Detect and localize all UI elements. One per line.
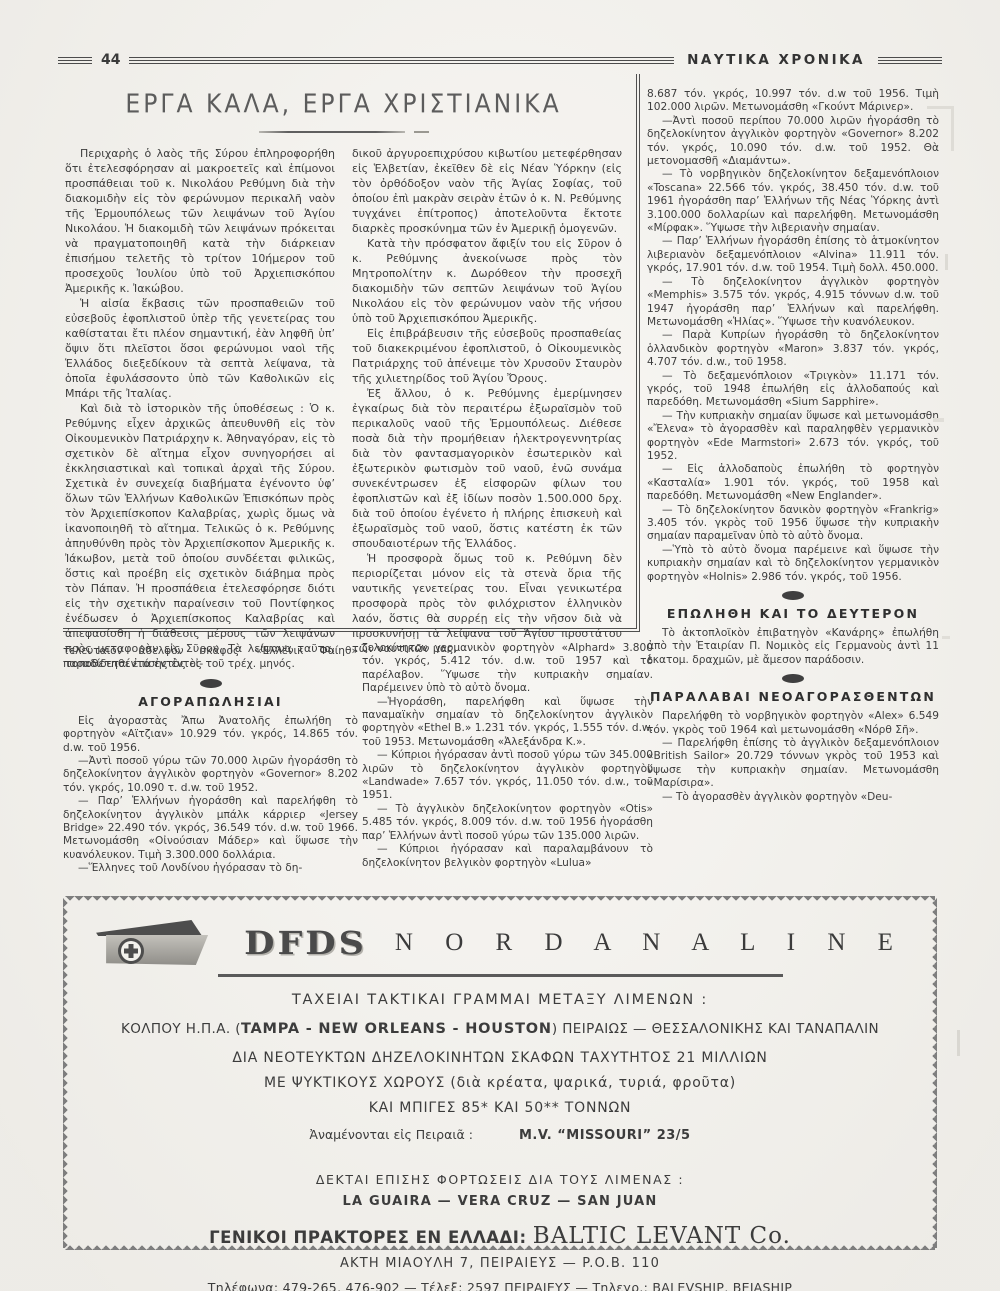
paragraph: — Κύπριοι ἠγόρασαν καὶ παραλαμβάνουν τὸ … (362, 843, 653, 870)
paragraph: Τὸ ἀκτοπλοϊκὸν ἐπιβατηγὸν «Κανάρης» ἐπωλ… (647, 627, 939, 667)
article-title: ΕΡΓΑ ΚΑΛΑ, ΕΡΓΑ ΧΡΙΣΤΙΑΝΙΚΑ (65, 89, 622, 119)
paragraph: Ἡ αἰσία ἔκβασις τῶν προσπαθειῶν τοῦ εὐσε… (65, 296, 335, 401)
masthead-rule-left (58, 57, 92, 64)
section-heading: ΕΠΩΛΗΘΗ ΚΑΙ ΤΟ ΔΕΥΤΕΡΟΝ (647, 606, 939, 621)
masthead-rule-right (878, 57, 942, 64)
ad-logo-rule (218, 974, 783, 977)
article-column-1: Περιχαρὴς ὁ λαὸς τῆς Σύρου ἐπληροφορήθη … (65, 146, 335, 671)
paragraph: Παρελήφθη τὸ νορβηγικὸν φορτηγὸν «Alex» … (647, 710, 939, 737)
section-divider-ornament (782, 591, 804, 600)
paragraph: Κατὰ τὴν πρόσφατον ἄφιξίν του εἰς Σῦρον … (352, 236, 622, 326)
nordana-line-advertisement: DFDS N O R D A N A L I N E ΤΑΧΕΙΑΙ ΤΑΚΤΙ… (63, 896, 937, 1250)
paragraph: Περιχαρὴς ὁ λαὸς τῆς Σύρου ἐπληροφορήθη … (65, 146, 335, 296)
ad-address: ΑΚΤΗ ΜΙΑΟΥΛΗ 7, ΠΕΙΡΑΙΕΥΣ — P.O.B. 110 (79, 1256, 921, 1271)
zigzag-border-right (930, 898, 937, 1248)
expected-label: Ἀναμένονται εἰς Πειραιᾶ : (309, 1127, 473, 1142)
dfds-brand-name: DFDS (244, 924, 367, 962)
paragraph: — Κύπριοι ἠγόρασαν ἀντὶ ποσοῦ γύρω τῶν 3… (362, 749, 653, 803)
ad-detail-line: ΔΙΑ ΝΕΟΤΕΥΚΤΩΝ ΔΗΖΕΛΟΚΙΝΗΤΩΝ ΣΚΑΦΩΝ ΤΑΧΥ… (79, 1050, 921, 1066)
sales-column-left: τελευταῖον ἀδελφὸν σκάφος «Ἑλλένικ Φαίηθ… (63, 645, 358, 876)
paragraph: —Ἕλληνες τοῦ Λονδίνου ἠγόρασαν τὸ δη- (63, 862, 358, 875)
nordana-line-name: N O R D A N A L I N E (395, 929, 906, 957)
ad-content: DFDS N O R D A N A L I N E ΤΑΧΕΙΑΙ ΤΑΚΤΙ… (79, 905, 921, 1241)
page-number: 44 (101, 52, 120, 68)
zigzag-border-left (63, 898, 70, 1248)
paragraph: — Παρ’ Ἑλλήνων ἠγοράσθη καὶ παρελήφθη τὸ… (63, 795, 358, 862)
title-ornament (65, 131, 622, 133)
section-heading: ΠΑΡΑΛΑΒΑΙ ΝΕΟΑΓΟΡΑΣΘΕΝΤΩΝ (647, 689, 939, 704)
paragraph: τελευταῖον ἀδελφὸν σκάφος «Ἑλλένικ Φαίηθ… (63, 645, 358, 672)
sales-column-middle: ζελοκίνητον γερμανικὸν φορτηγὸν «Alphard… (362, 642, 653, 870)
paragraph: — Τὸ ἀγγλικὸν δηζελοκίνητον φορτηγὸν «Ot… (362, 803, 653, 843)
paragraph: ζελοκίνητον γερμανικὸν φορτηγὸν «Alphard… (362, 642, 653, 696)
dfds-flag-logo-icon (94, 917, 216, 969)
paragraph: Καὶ διὰ τὸ ἱστορικὸν τῆς ὑποθέσεως : Ὁ κ… (65, 401, 335, 671)
paragraph: Ἡ προσφορὰ ὅμως τοῦ κ. Ρεθύμνη δὲν περιο… (352, 551, 622, 656)
paragraph: —Ἀντὶ ποσοῦ γύρω τῶν 70.000 λιρῶν ἠγοράσ… (63, 755, 358, 795)
ad-general-agents: ΓΕΝΙΚΟΙ ΠΡΑΚΤΟΡΕΣ ΕΝ ΕΛΛΑΔΙ: BALTIC LEVA… (79, 1223, 921, 1249)
paragraph: —Ἀντὶ ποσοῦ περίπου 70.000 λιρῶν ἠγοράσθ… (647, 115, 939, 169)
ad-also-ports: LA GUAIRA — VERA CRUZ — SAN JUAN (79, 1194, 921, 1209)
paragraph: — Παρ’ Ἑλλήνων ἠγοράσθη ἐπίσης τὸ ἁτμοκί… (647, 235, 939, 275)
paragraph: Εἰς ἐπιβράβευσιν τῆς εὐσεβοῦς προσπαθεία… (352, 326, 622, 386)
ad-headline: ΤΑΧΕΙΑΙ ΤΑΚΤΙΚΑΙ ΓΡΑΜΜΑΙ ΜΕΤΑΞΥ ΛΙΜΕΝΩΝ … (79, 992, 921, 1008)
ad-logo-row: DFDS N O R D A N A L I N E (79, 917, 921, 969)
ad-expected-arrivals: Ἀναμένονται εἰς Πειραιᾶ : M.V. “MISSOURI… (79, 1127, 921, 1143)
section-divider-ornament (200, 679, 222, 688)
ad-route-line: ΚΟΛΠΟΥ Η.Π.Α. (TAMPA - NEW ORLEANS - HOU… (79, 1021, 921, 1037)
main-article: ΕΡΓΑ ΚΑΛΑ, ΕΡΓΑ ΧΡΙΣΤΙΑΝΙΚΑ Περιχαρὴς ὁ … (63, 74, 640, 632)
scan-artifact (942, 636, 950, 639)
paragraph: —Ἡγοράσθη, παρελήφθη καὶ ὕψωσε τὴν παναμ… (362, 696, 653, 750)
paragraph: — Παρὰ Κυπρίων ἠγοράσθη τὸ δηζελοκίνητον… (647, 329, 939, 369)
ad-contact-info: Τηλέφωνα: 479-265, 476-902 — Τέλεξ: 2597… (79, 1280, 921, 1291)
dfds-cross-emblem-icon (118, 938, 144, 964)
paragraph: 8.687 τόν. γκρός, 10.997 τόν. d.w τοῦ 19… (647, 88, 939, 115)
masthead-rule-main (129, 57, 674, 64)
paragraph: — Τὸ δεξαμενόπλοιον «Τριγκὸν» 11.171 τόν… (647, 370, 939, 410)
journal-title: ΝΑΥΤΙΚΑ ΧΡΟΝΙΚΑ (683, 52, 869, 68)
section-heading: ΑΓΟΡΑΠΩΛΗΣΙΑΙ (63, 694, 358, 709)
news-briefs-column: 8.687 τόν. γκρός, 10.997 τόν. d.w τοῦ 19… (647, 88, 939, 804)
paragraph: Ἐξ ἄλλου, ὁ κ. Ρεθύμνης ἐμερίμνησεν ἐγκα… (352, 386, 622, 551)
paragraph: δικοῦ ἀργυροεπιχρύσου κιβωτίου μετεφέρθη… (352, 146, 622, 236)
paragraph: — Τὸ ἀγορασθὲν ἀγγλικὸν φορτηγὸν «Deu- (647, 791, 939, 804)
masthead: 44 ΝΑΥΤΙΚΑ ΧΡΟΝΙΚΑ (58, 52, 942, 68)
ad-route-ports: TAMPA - NEW ORLEANS - HOUSTON (241, 1021, 552, 1037)
paragraph: — Τὸ δηζελοκίνητον ἀγγλικὸν φορτηγὸν «Me… (647, 276, 939, 330)
paragraph: — Τὴν κυπριακὴν σημαίαν ὕψωσε καὶ μετωνο… (647, 410, 939, 464)
ad-also-loadings-label: ΔΕΚΤΑΙ ΕΠΙΣΗΣ ΦΟΡΤΩΣΕΙΣ ΔΙΑ ΤΟΥΣ ΛΙΜΕΝΑΣ… (79, 1172, 921, 1187)
scan-artifact (957, 1030, 960, 1056)
magazine-page: 44 ΝΑΥΤΙΚΑ ΧΡΟΝΙΚΑ ΕΡΓΑ ΚΑΛΑ, ΕΡΓΑ ΧΡΙΣΤ… (0, 0, 1000, 1291)
zigzag-border-top (65, 896, 935, 903)
agents-company-name: BALTIC LEVANT Co. (533, 1223, 791, 1249)
ad-detail-line: ΜΕ ΨΥΚΤΙΚΟΥΣ ΧΩΡΟΥΣ (διὰ κρέατα, ψαρικά,… (79, 1075, 921, 1091)
ad-detail-line: ΚΑΙ ΜΠΙΓΕΣ 85* ΚΑΙ 50** ΤΟΝΝΩΝ (79, 1100, 921, 1116)
paragraph: Εἰς ἀγοραστὰς Ἄπω Ἀνατολῆς ἐπωλήθη τὸ φο… (63, 715, 358, 755)
paragraph: — Τὸ νορβηγικὸν δηζελοκίνητον δεξαμενόπλ… (647, 168, 939, 235)
expected-vessel: M.V. “MISSOURI” 23/5 (519, 1128, 691, 1143)
paragraph: — Παρελήφθη ἐπίσης τὸ ἀγγλικὸν δεξαμενόπ… (647, 737, 939, 791)
paragraph: — Εἰς ἀλλοδαποὺς ἐπωλήθη τὸ φορτηγὸν «Κα… (647, 463, 939, 503)
paragraph: — Τὸ δηζελοκίνητον δανικὸν φορτηγὸν «Fra… (647, 504, 939, 544)
section-divider-ornament (782, 674, 804, 683)
scan-artifact (945, 254, 948, 270)
article-column-2: δικοῦ ἀργυροεπιχρύσου κιβωτίου μετεφέρθη… (352, 146, 622, 671)
paragraph: —Ὑπὸ τὸ αὐτὸ ὄνομα παρέμεινε καὶ ὕψωσε τ… (647, 544, 939, 584)
article-columns: Περιχαρὴς ὁ λαὸς τῆς Σύρου ἐπληροφορήθη … (65, 146, 622, 671)
